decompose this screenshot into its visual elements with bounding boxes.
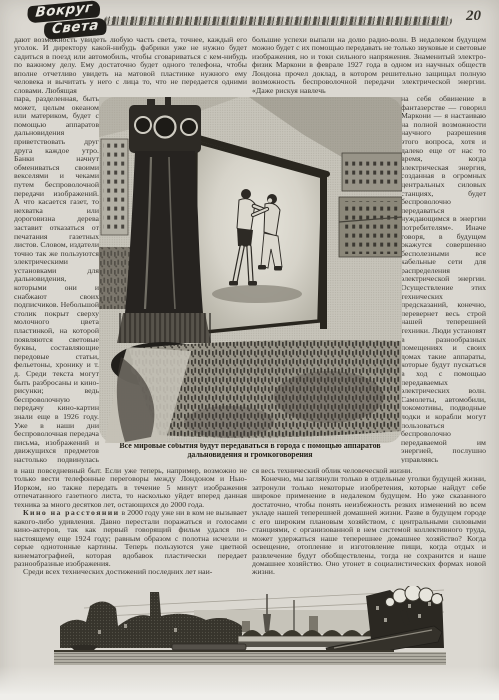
- paragraph: Конечно, мы заглянули только в отдельные…: [252, 475, 486, 576]
- city-block-left: [60, 592, 242, 648]
- illustration-caption: Все мировые события будут передаваться в…: [100, 441, 400, 459]
- column-narrow-right: на себя обвинение в фантазерстве — говор…: [401, 95, 486, 463]
- crowd: [105, 340, 401, 443]
- projection-screen: [195, 142, 323, 333]
- paragraph: дают возможность увидеть любую часть све…: [14, 36, 247, 95]
- main-illustration-television-screen: [99, 97, 402, 443]
- barge: [172, 644, 246, 650]
- column-top-right: большие успехи выпали на долю радио-волн…: [252, 36, 486, 96]
- page-number: 20: [466, 8, 481, 25]
- chain-ornament: [104, 16, 452, 25]
- boat-left: [70, 645, 98, 651]
- column-narrow-left: пара, разделенная, быть может, целым оке…: [14, 95, 99, 467]
- screen-pole: [320, 171, 327, 329]
- magazine-logo: Вокруг Света: [27, 0, 108, 40]
- paragraph: большие успехи выпали на долю радио-волн…: [252, 36, 486, 95]
- magazine-page: Вокруг Света 20 дают возможность увидеть…: [0, 0, 499, 700]
- column-top-left: дают возможность увидеть любую часть све…: [14, 36, 247, 96]
- background-building-right: [339, 153, 402, 257]
- paragraph: пара, разделенная, быть может, целым оке…: [14, 95, 99, 467]
- paragraph: на себя обвинение в фантазерстве — говор…: [401, 95, 486, 463]
- paragraph: Кино на расстоянии в 2000 году уже ни в …: [14, 509, 247, 568]
- paragraph-text: в 2000 году уже ни в ком не вызывает как…: [14, 508, 247, 568]
- paragraph: в наш повседневный быт. Если уже теперь,…: [14, 467, 247, 509]
- paragraph: Среди всех технических достижений послед…: [14, 568, 247, 576]
- bottom-illustration-city-panorama: [54, 586, 446, 670]
